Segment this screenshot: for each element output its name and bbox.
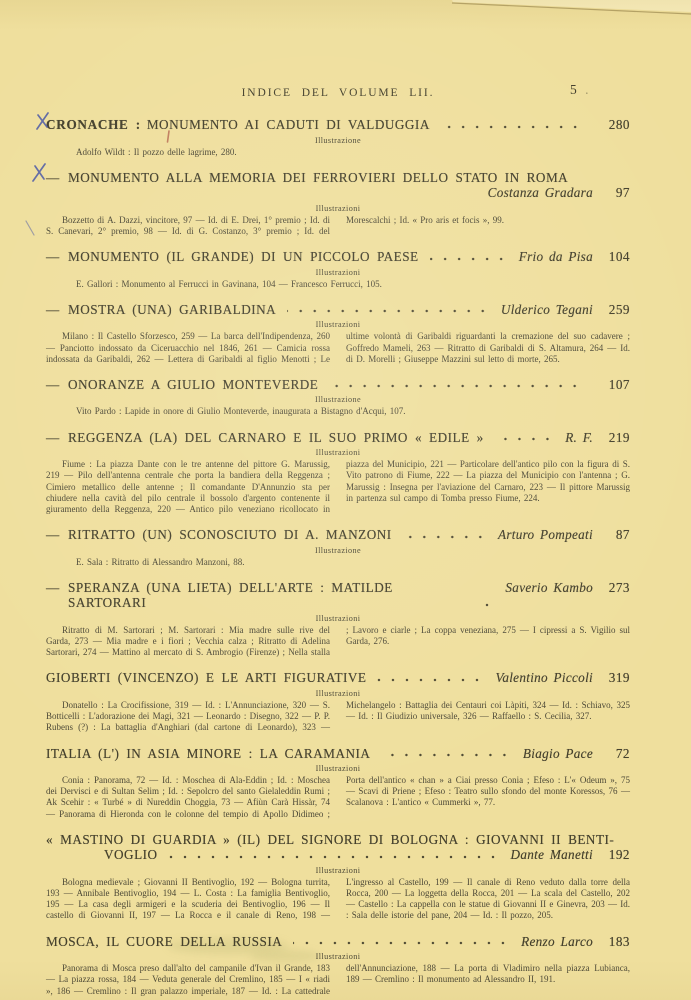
illustration-caption: Illustrazioni (46, 320, 630, 329)
entry-title: MONUMENTO ALLA MEMORIA DEI FERROVIERI DE… (68, 170, 568, 186)
entry-dash: — (46, 377, 68, 393)
entry-title: ONORANZE A GIULIO MONTEVERDE (68, 377, 318, 393)
entry-details: Donatello : La Crocifissione, 319 — Id. … (46, 700, 630, 734)
index-entry: — RITRATTO (UN) SCONOSCIUTO DI A. MANZON… (46, 527, 630, 568)
index-entry: — MOSTRA (UNA) GARIBALDINA Ulderico Tega… (46, 302, 630, 365)
entry-page-number: 107 (604, 377, 630, 393)
entry-page-number: 219 (604, 430, 630, 446)
dot-leader (287, 302, 492, 318)
entry-page-number: 280 (604, 117, 630, 133)
entry-title-row: — MONUMENTO (IL GRANDE) DI UN PICCOLO PA… (46, 249, 630, 265)
entry-details: Conia : Panorama, 72 — Id. : Moschea di … (46, 775, 630, 820)
entry-author: Ulderico Tegani (501, 302, 593, 318)
entry-author: Saverio Kambo (505, 580, 593, 596)
entry-details: Milano : Il Castello Sforzesco, 259 — La… (46, 331, 630, 365)
entry-section-prefix: CRONACHE : (46, 117, 141, 133)
illustration-caption: Illustrazione (46, 395, 630, 404)
entry-details: E. Sala : Ritratto di Alessandro Manzoni… (46, 557, 630, 568)
entry-details: Adolfo Wildt : Il pozzo delle lagrime, 2… (46, 147, 630, 158)
entry-title-row: CRONACHE : MONUMENTO AI CADUTI DI VALDUG… (46, 117, 630, 133)
entry-title-row: ITALIA (L') IN ASIA MINORE : LA CARAMANI… (46, 746, 630, 762)
dot-leader (381, 746, 513, 762)
entry-title-row: — REGGENZA (LA) DEL CARNARO E IL SUO PRI… (46, 430, 630, 446)
entry-author-row: Costanza Gradara 97 (46, 185, 630, 201)
entry-page-number: 259 (604, 302, 630, 318)
dot-leader (377, 670, 486, 686)
illustration-caption: Illustrazioni (46, 614, 630, 623)
entry-dash: — (46, 170, 68, 186)
illustration-caption: Illustrazioni (46, 764, 630, 773)
entry-title-row: GIOBERTI (VINCENZO) E LE ARTI FIGURATIVE… (46, 670, 630, 686)
entry-dash: — (46, 527, 68, 543)
entry-dash: — (46, 580, 68, 596)
entry-page-number: 87 (604, 527, 630, 543)
entry-author: Valentino Piccoli (495, 670, 593, 686)
index-entry: GIOBERTI (VINCENZO) E LE ARTI FIGURATIVE… (46, 670, 630, 733)
entry-author: Renzo Larco (521, 934, 593, 950)
entry-author: Frio da Pisa (519, 249, 593, 265)
entry-page-number: 273 (604, 580, 630, 596)
entry-dash: — (46, 249, 68, 265)
illustration-caption: Illustrazioni (46, 866, 630, 875)
entry-page-number: 97 (604, 185, 630, 201)
entry-title-continued: VOGLIO (104, 847, 158, 863)
index-entry: CRONACHE : MONUMENTO AI CADUTI DI VALDUG… (46, 117, 630, 158)
page-number: 5 (570, 83, 589, 97)
entry-dash: — (46, 430, 68, 446)
illustration-caption: Illustrazione (46, 136, 630, 145)
entry-page-number: 104 (604, 249, 630, 265)
entry-details: Fiume : La piazza Dante con le tre anten… (46, 459, 630, 515)
entry-title-row: — MOSTRA (UNA) GARIBALDINA Ulderico Tega… (46, 302, 630, 318)
dot-leader (430, 249, 510, 265)
entry-details: E. Gallori : Monumento al Ferrucci in Ga… (46, 279, 630, 290)
entry-title: « MASTINO DI GUARDIA » (IL) DEL SIGNORE … (46, 832, 614, 848)
index-entry: « MASTINO DI GUARDIA » (IL) DEL SIGNORE … (46, 832, 630, 922)
entry-title-row: MOSCA, IL CUORE DELLA RUSSIA Renzo Larco… (46, 934, 630, 950)
entry-title-row: — SPERANZA (UNA LIETA) DELL'ARTE : MATIL… (46, 580, 630, 611)
entry-title: MOSCA, IL CUORE DELLA RUSSIA (46, 934, 282, 950)
entry-title: MONUMENTO AI CADUTI DI VALDUGGIA (147, 117, 430, 133)
index-entry: — SPERANZA (UNA LIETA) DELL'ARTE : MATIL… (46, 580, 630, 659)
entry-details: Bologna medievale ; Giovanni II Bentivog… (46, 877, 630, 922)
illustration-caption: Illustrazioni (46, 268, 630, 277)
entry-author: Dante Manetti (511, 847, 593, 863)
dot-leader (441, 117, 584, 133)
entry-title-row: « MASTINO DI GUARDIA » (IL) DEL SIGNORE … (46, 832, 630, 848)
entry-title-row-2: VOGLIO Dante Manetti 192 (46, 847, 630, 863)
index-entry: — REGGENZA (LA) DEL CARNARO E IL SUO PRI… (46, 430, 630, 516)
illustration-caption: Illustrazioni (46, 448, 630, 457)
entry-author: Arturo Pompeati (498, 527, 593, 543)
entry-author: Costanza Gradara (488, 185, 593, 201)
entry-title: GIOBERTI (VINCENZO) E LE ARTI FIGURATIVE (46, 670, 366, 686)
entry-details: Ritratto di M. Sartorari ; M. Sartorari … (46, 625, 630, 659)
page-edge-line (0, 0, 691, 22)
entry-title: ITALIA (L') IN ASIA MINORE : LA CARAMANI… (46, 746, 370, 762)
entry-page-number: 183 (604, 934, 630, 950)
entry-title: MOSTRA (UNA) GARIBALDINA (68, 302, 276, 318)
entry-title-row: — ONORANZE A GIULIO MONTEVERDE 107 (46, 377, 630, 393)
entry-title-row: — RITRATTO (UN) SCONOSCIUTO DI A. MANZON… (46, 527, 630, 543)
illustration-caption: Illustrazioni (46, 952, 630, 961)
index-entry: — ONORANZE A GIULIO MONTEVERDE 107 Illus… (46, 377, 630, 418)
index-entry: MOSCA, IL CUORE DELLA RUSSIA Renzo Larco… (46, 934, 630, 997)
index-entry: — MONUMENTO (IL GRANDE) DI UN PICCOLO PA… (46, 249, 630, 290)
dot-leader (403, 527, 489, 543)
illustration-caption: Illustrazioni (46, 689, 630, 698)
page-header: INDICE DEL VOLUME LII. 5 (46, 86, 630, 100)
entry-author: R. F. (565, 430, 593, 446)
index-entry: — MONUMENTO ALLA MEMORIA DEI FERROVIERI … (46, 170, 630, 237)
pencil-stroke-mark (26, 221, 34, 235)
entry-title-row: — MONUMENTO ALLA MEMORIA DEI FERROVIERI … (46, 170, 630, 186)
entry-page-number: 319 (604, 670, 630, 686)
entry-details: Panorama di Mosca preso dall'alto del ca… (46, 963, 630, 997)
dot-leader (478, 580, 496, 611)
dot-leader (495, 430, 556, 446)
entry-author: Biagio Pace (523, 746, 593, 762)
entry-title: MONUMENTO (IL GRANDE) DI UN PICCOLO PAES… (68, 249, 419, 265)
entry-page-number: 192 (604, 847, 630, 863)
entry-details: Vito Pardo : Lapide in onore di Giulio M… (46, 406, 630, 417)
dot-leader (329, 377, 584, 393)
entry-page-number: 72 (604, 746, 630, 762)
entry-title: RITRATTO (UN) SCONOSCIUTO DI A. MANZONI (68, 527, 392, 543)
dot-leader (169, 847, 502, 863)
entry-dash: — (46, 302, 68, 318)
entry-details: Bozzetto di A. Dazzi, vincitore, 97 — Id… (46, 215, 630, 237)
illustration-caption: Illustrazione (46, 546, 630, 555)
dot-leader (293, 934, 512, 950)
volume-index-title: INDICE DEL VOLUME LII. (242, 87, 435, 99)
illustration-caption: Illustrazioni (46, 204, 630, 213)
pencil-x-mark (33, 164, 45, 181)
index-page: INDICE DEL VOLUME LII. 5 CRONACHE : MONU… (46, 86, 630, 997)
index-entry: ITALIA (L') IN ASIA MINORE : LA CARAMANI… (46, 746, 630, 820)
entry-title: SPERANZA (UNA LIETA) DELL'ARTE : MATILDE… (68, 580, 467, 611)
entry-title: REGGENZA (LA) DEL CARNARO E IL SUO PRIMO… (68, 430, 484, 446)
